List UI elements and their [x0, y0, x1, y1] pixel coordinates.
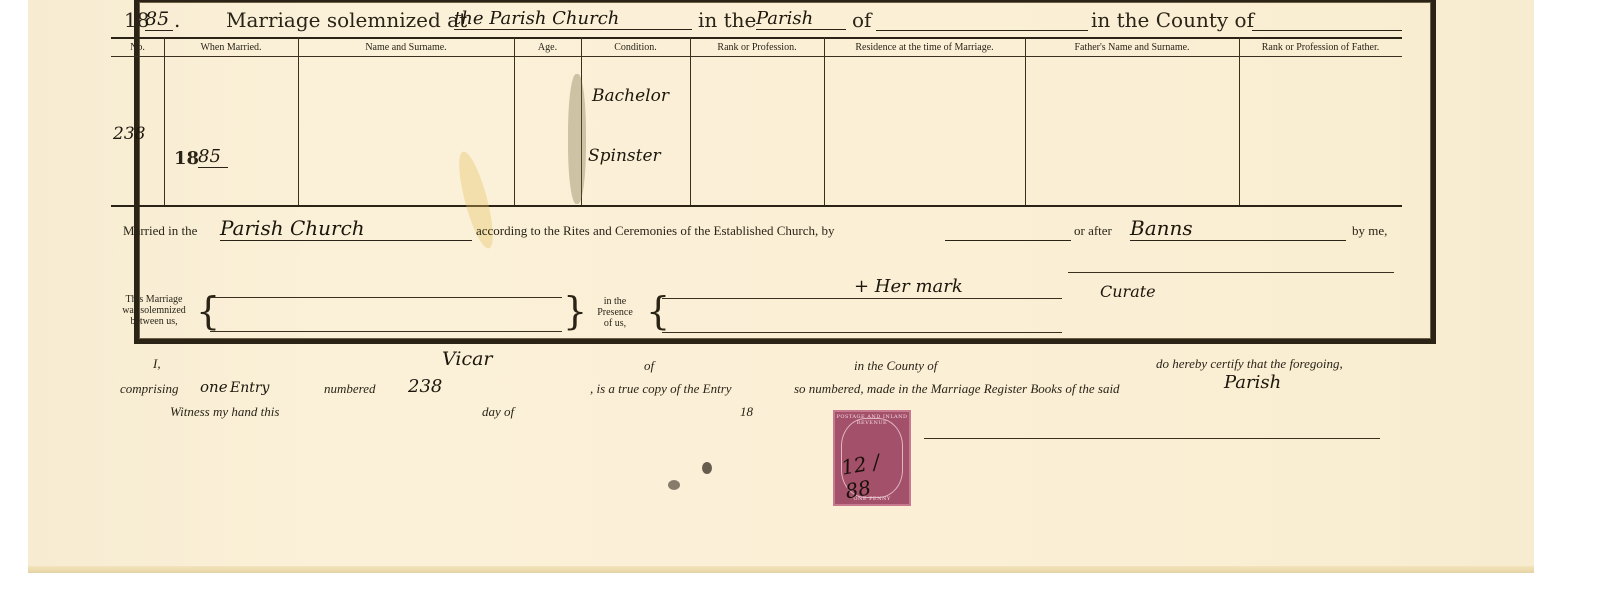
col-divider — [298, 37, 299, 205]
col-header-when-married: When Married. — [164, 42, 298, 53]
witness-signature-line-2 — [662, 332, 1062, 333]
col-divider — [690, 37, 691, 205]
solemnized-label: This Marriage was solemnized between us, — [112, 294, 196, 327]
when-married-handwritten: 85 — [198, 146, 228, 168]
cert-so-numbered-text: so numbered, made in the Marriage Regist… — [794, 381, 1120, 397]
cert-numbered-value: 238 — [408, 376, 442, 397]
cert-i-label: I, — [153, 356, 161, 372]
cert-comprising-label: comprising — [120, 381, 179, 397]
col-divider — [164, 37, 165, 205]
year-handwritten: 85 — [145, 8, 173, 31]
bride-signature-line — [210, 331, 562, 332]
officiant-title: Curate — [1100, 282, 1156, 301]
by-value — [945, 224, 1071, 241]
stamp-top-text: POSTAGE AND INLAND REVENUE — [835, 414, 909, 426]
cert-title-value: Vicar — [442, 348, 493, 370]
certifier-signature-line — [924, 438, 1380, 439]
county-value — [1252, 8, 1402, 31]
married-in-value: Parish Church — [220, 216, 472, 241]
or-after-label: or after — [1074, 223, 1112, 239]
cert-said-value: Parish — [1224, 372, 1281, 393]
solemnized-at-label: Marriage solemnized at — [226, 8, 467, 32]
header-bottom-rule — [111, 56, 1402, 57]
married-in-label: Married in the — [123, 223, 197, 239]
cert-of-label: of — [644, 358, 654, 374]
officiant-signature-line — [1068, 272, 1394, 273]
header-top-rule — [111, 37, 1402, 39]
col-divider — [1239, 37, 1240, 205]
witness-mark: + Her mark — [854, 276, 963, 297]
ink-blot — [668, 480, 680, 490]
cert-comprising-value: one — [200, 378, 228, 396]
col-divider — [514, 37, 515, 205]
col-header-name: Name and Surname. — [298, 42, 514, 53]
entry-number: 238 — [113, 124, 145, 144]
col-header-father-name: Father's Name and Surname. — [1025, 42, 1239, 53]
ink-stain — [568, 74, 586, 204]
presence-label: in the Presence of us, — [588, 296, 642, 329]
col-header-condition: Condition. — [581, 42, 690, 53]
col-header-rank: Rank or Profession. — [690, 42, 824, 53]
in-the-label: in the — [698, 8, 756, 32]
by-me-label: by me, — [1352, 223, 1387, 239]
condition-groom: Bachelor — [592, 86, 669, 106]
condition-bride: Spinster — [588, 146, 661, 166]
cert-entry-word: Entry — [230, 380, 269, 396]
col-header-residence: Residence at the time of Marriage. — [824, 42, 1025, 53]
groom-signature-line — [210, 297, 562, 298]
cert-year-prefix: 18 — [740, 404, 753, 420]
solemnized-at-value: the Parish Church — [454, 8, 692, 30]
document-paper: 18 85 . Marriage solemnized at the Paris… — [28, 0, 1534, 573]
cert-county-label: in the County of — [854, 358, 937, 374]
county-label: in the County of — [1091, 8, 1254, 32]
col-header-no: No. — [111, 42, 164, 53]
cert-certify-text: do hereby certify that the foregoing, — [1156, 356, 1343, 372]
when-married-printed: 18 — [174, 148, 199, 169]
or-after-value: Banns — [1130, 216, 1346, 241]
cert-numbered-label: numbered — [324, 381, 376, 397]
col-divider — [824, 37, 825, 205]
revenue-stamp: POSTAGE AND INLAND REVENUE ONE PENNY 12 … — [833, 410, 911, 506]
col-header-father-rank: Rank or Profession of Father. — [1239, 42, 1402, 53]
right-brace: } — [563, 292, 587, 330]
rites-text: according to the Rites and Ceremonies of… — [476, 223, 835, 239]
in-the-value: Parish — [756, 8, 846, 30]
col-divider — [1025, 37, 1026, 205]
table-bottom-rule — [111, 205, 1402, 207]
of-label: of — [852, 8, 871, 32]
cert-true-copy-text: , is a true copy of the Entry — [590, 381, 732, 397]
cert-witness-label: Witness my hand this — [170, 404, 279, 420]
stamp-cancellation: 12 / 88 — [839, 445, 912, 504]
ink-blot — [702, 462, 712, 474]
col-header-age: Age. — [514, 42, 581, 53]
year-dot: . — [174, 8, 180, 32]
of-value — [876, 8, 1088, 31]
cert-day-of-label: day of — [482, 404, 514, 420]
witness-signature-line-1 — [662, 298, 1062, 299]
